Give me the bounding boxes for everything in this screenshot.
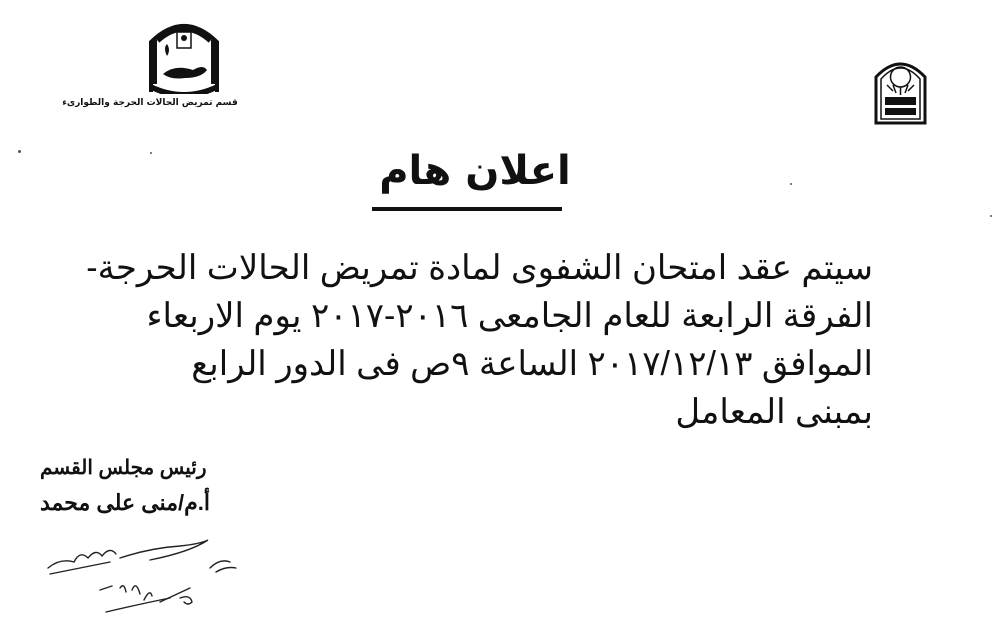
signatory-name: أ.م/منى على محمد [40, 490, 240, 516]
announcement-line: الموافق ٢٠١٧/١٢/١٣ الساعة ٩ص فى الدور ال… [53, 340, 873, 388]
announcement-line: بمبنى المعامل [53, 388, 873, 436]
university-logo-icon [873, 55, 928, 125]
scan-speck [790, 183, 792, 185]
scan-speck [990, 215, 992, 217]
title-underline [372, 207, 562, 211]
department-name: قسم تمريض الحالات الحرجة والطوارىء [60, 98, 240, 108]
announcement-title: اعلان هام [360, 148, 590, 194]
announcement-line: الفرقة الرابعة للعام الجامعى ٢٠١٦-٢٠١٧ ي… [53, 292, 873, 340]
signatory-role: رئيس مجلس القسم [40, 455, 240, 480]
scan-speck [18, 150, 21, 153]
announcement-body: سيتم عقد امتحان الشفوى لمادة تمريض الحال… [53, 244, 873, 436]
handwritten-signature-icon [40, 528, 260, 628]
scan-speck [150, 152, 152, 154]
faculty-logo-icon [145, 14, 223, 94]
announcement-line: سيتم عقد امتحان الشفوى لمادة تمريض الحال… [53, 244, 873, 292]
